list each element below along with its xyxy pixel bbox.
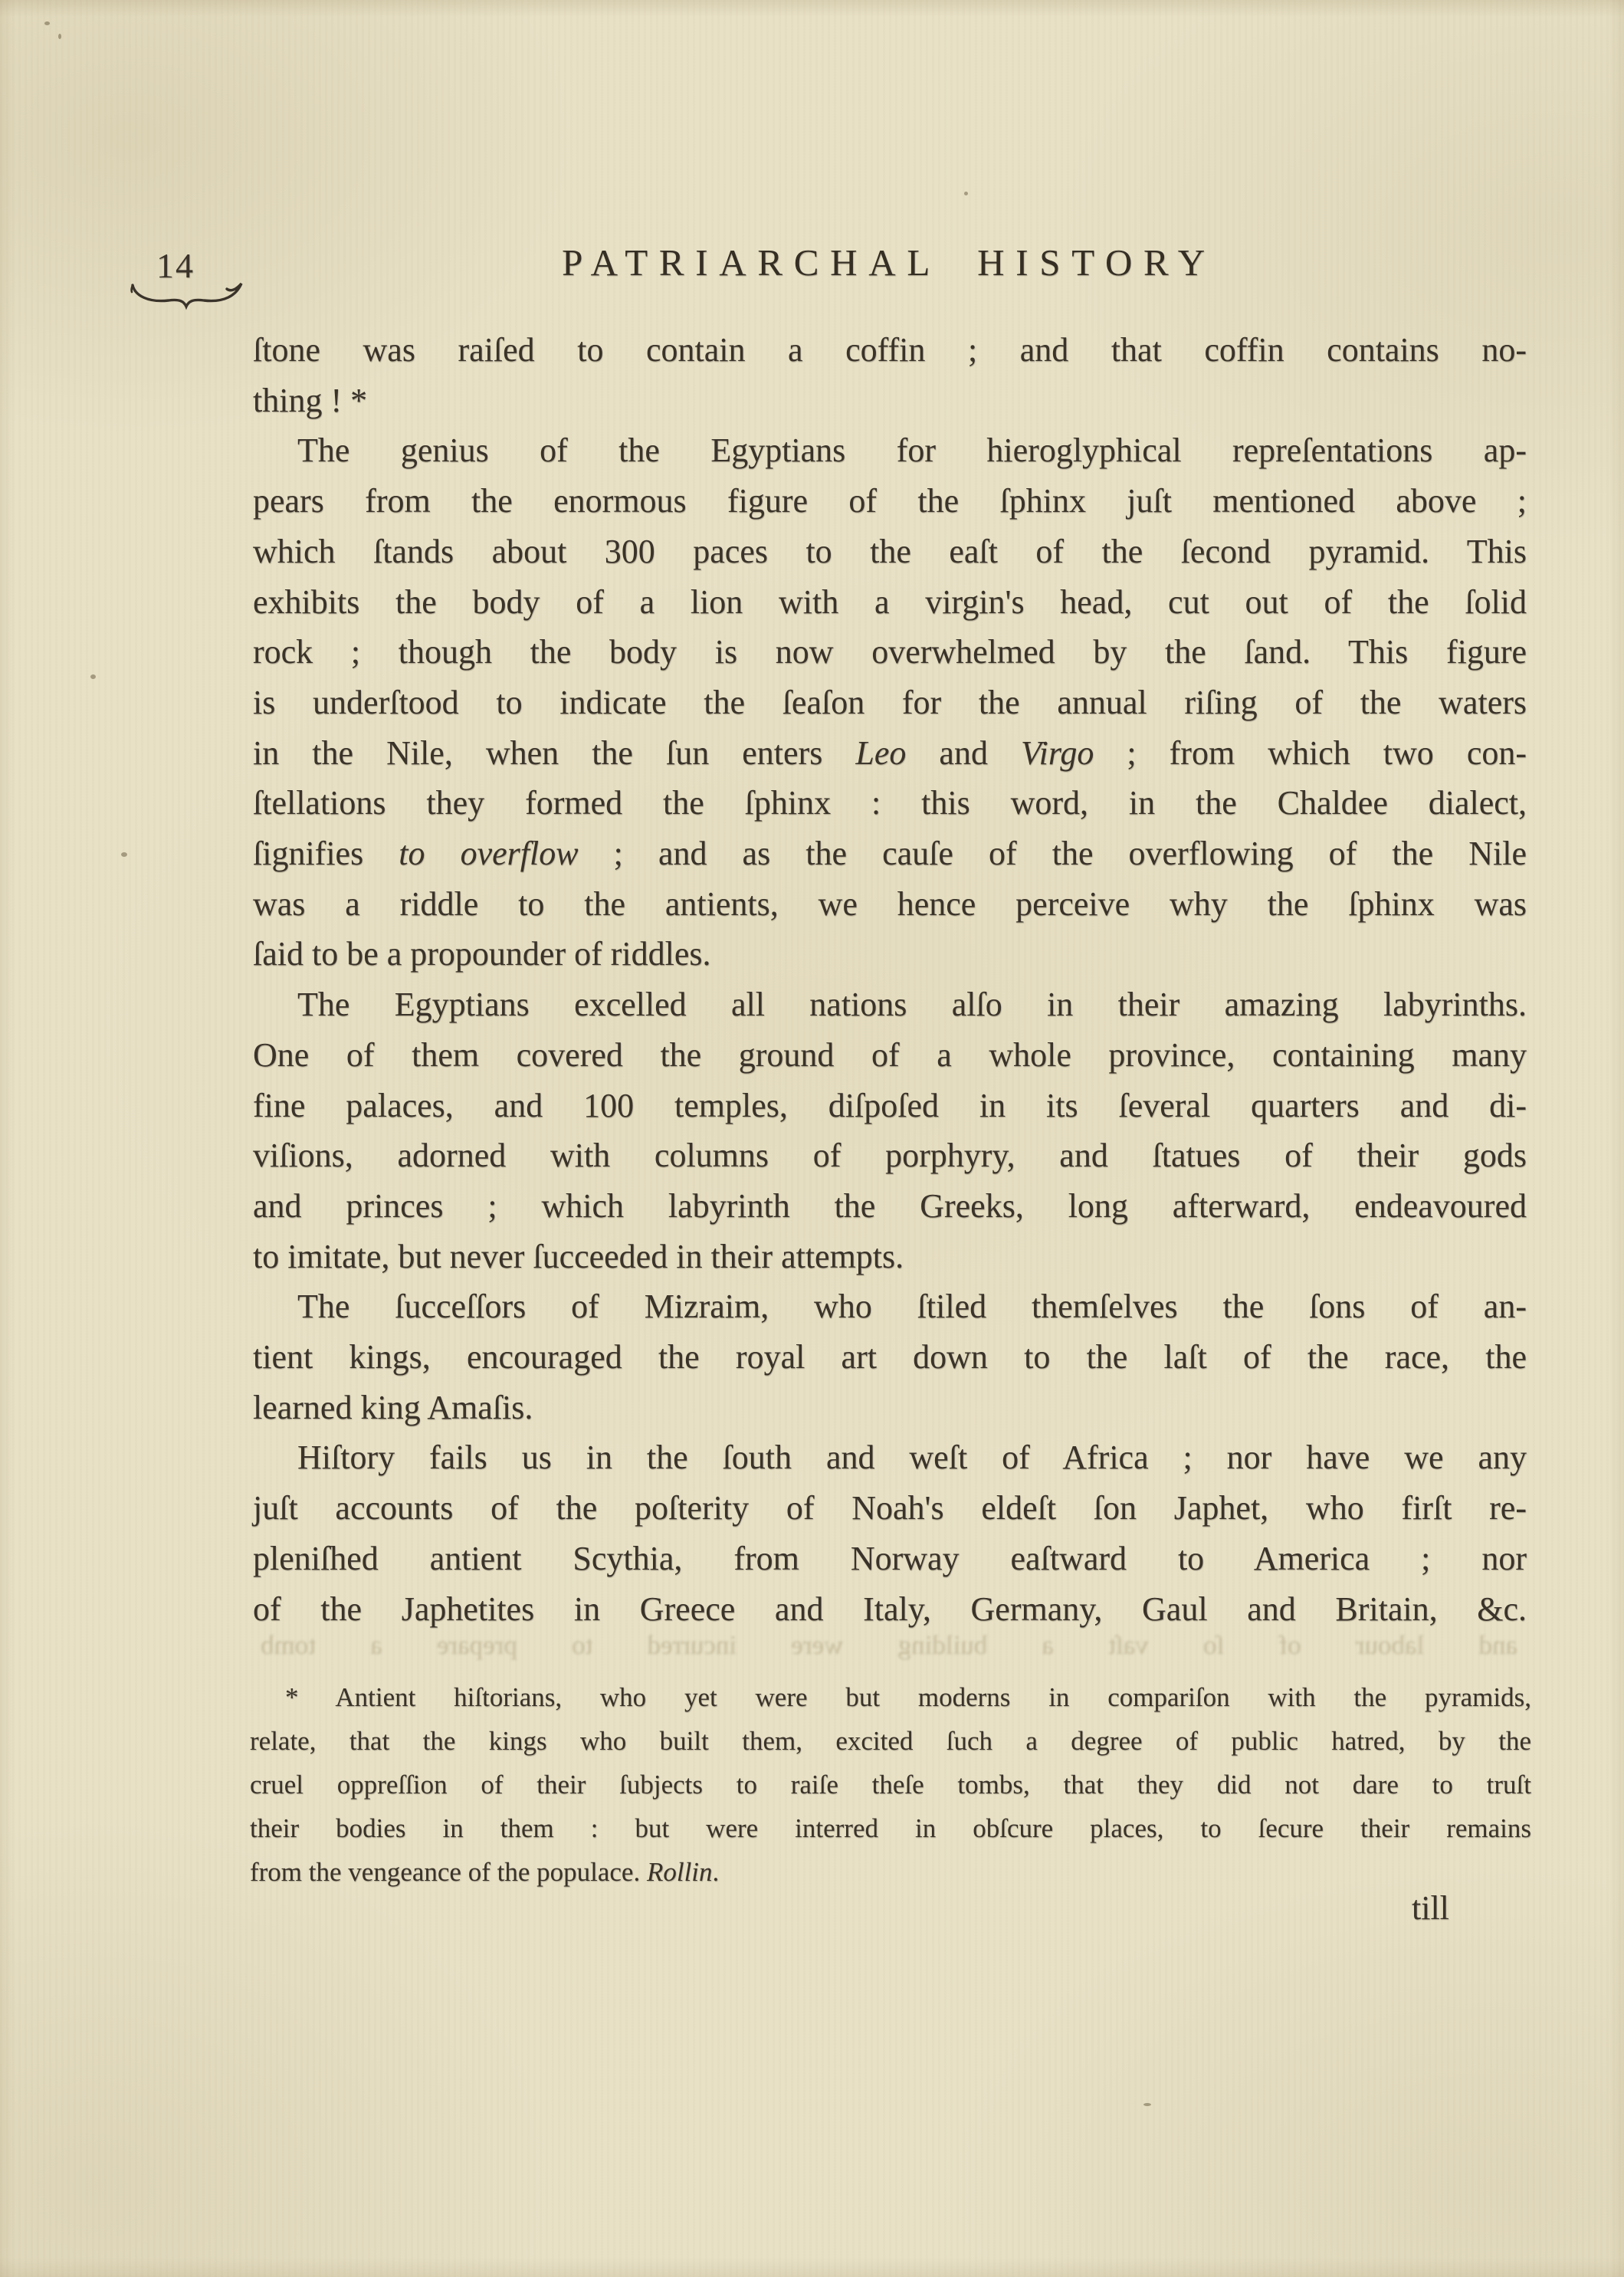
text-line: is underſtood to indicate the ſeaſon for… xyxy=(253,678,1527,728)
text-line: from the vengeance of the populace. Roll… xyxy=(250,1850,1531,1894)
paper-speck xyxy=(90,674,96,679)
text-line: to imitate, but never ſucceeded in their… xyxy=(253,1232,1527,1282)
text-line: in the Nile, when the ſun enters Leo and… xyxy=(253,728,1527,779)
footnote-text: * Antient hiſtorians, who yet were but m… xyxy=(250,1675,1531,1894)
paper-speck xyxy=(44,21,50,25)
text-line: ſtone was raiſed to contain a coffin ; a… xyxy=(253,325,1527,376)
text-line: fine palaces, and 100 temples, diſpoſed … xyxy=(253,1081,1527,1131)
body-text: ſtone was raiſed to contain a coffin ; a… xyxy=(253,325,1527,1634)
text-line: * Antient hiſtorians, who yet were but m… xyxy=(250,1675,1531,1719)
text-line: thing ! * xyxy=(253,376,1527,426)
text-line: ſaid to be a propounder of riddles. xyxy=(253,929,1527,979)
text-line: and princes ; which labyrinth the Greeks… xyxy=(253,1181,1527,1232)
text-line: exhibits the body of a lion with a virgi… xyxy=(253,577,1527,628)
text-line: relate, that the kings who built them, e… xyxy=(250,1719,1531,1763)
text-line: Hiſtory fails us in the ſouth and weſt o… xyxy=(253,1432,1527,1483)
catchword: till xyxy=(1412,1888,1449,1928)
paper-speck xyxy=(58,34,61,39)
text-line: pleniſhed antient Scythia, from Norway e… xyxy=(253,1534,1527,1584)
paper-speck xyxy=(964,192,968,195)
text-line: juſt accounts of the poſterity of Noah's… xyxy=(253,1483,1527,1534)
text-line: learned king Amaſis. xyxy=(253,1383,1527,1433)
text-line: tient kings, encouraged the royal art do… xyxy=(253,1332,1527,1383)
text-line: One of them covered the ground of a whol… xyxy=(253,1030,1527,1081)
paper-speck xyxy=(121,852,127,857)
text-line: rock ; though the body is now overwhelme… xyxy=(253,627,1527,678)
page-number-swash-ornament xyxy=(129,281,245,315)
text-line: ſignifies to overflow ; and as the cauſe… xyxy=(253,828,1527,879)
verso-show-through-text: and labour of ſo vaſt a building were in… xyxy=(261,1626,1517,1665)
text-line: cruel oppreſſion of their ſubjects to ra… xyxy=(250,1763,1531,1806)
text-line: pears from the enormous figure of the ſp… xyxy=(253,476,1527,527)
text-line: viſions, adorned with columns of porphyr… xyxy=(253,1130,1527,1181)
text-line: their bodies in them : but were interred… xyxy=(250,1806,1531,1850)
text-line: was a riddle to the antients, we hence p… xyxy=(253,879,1527,930)
text-line: which ſtands about 300 paces to the eaſt… xyxy=(253,527,1527,577)
text-line: The Egyptians excelled all nations alſo … xyxy=(253,979,1527,1030)
text-line: The ſucceſſors of Mizraim, who ſtiled th… xyxy=(253,1281,1527,1332)
text-line: The genius of the Egyptians for hierogly… xyxy=(253,425,1527,476)
swash-ornament-icon xyxy=(129,281,245,311)
book-page: 14 PATRIARCHAL HISTORY ſtone was raiſed … xyxy=(0,0,1624,2277)
running-header-title: PATRIARCHAL HISTORY xyxy=(253,241,1525,284)
text-line: ſtellations they formed the ſphinx : thi… xyxy=(253,778,1527,828)
paper-speck xyxy=(1143,2103,1151,2106)
